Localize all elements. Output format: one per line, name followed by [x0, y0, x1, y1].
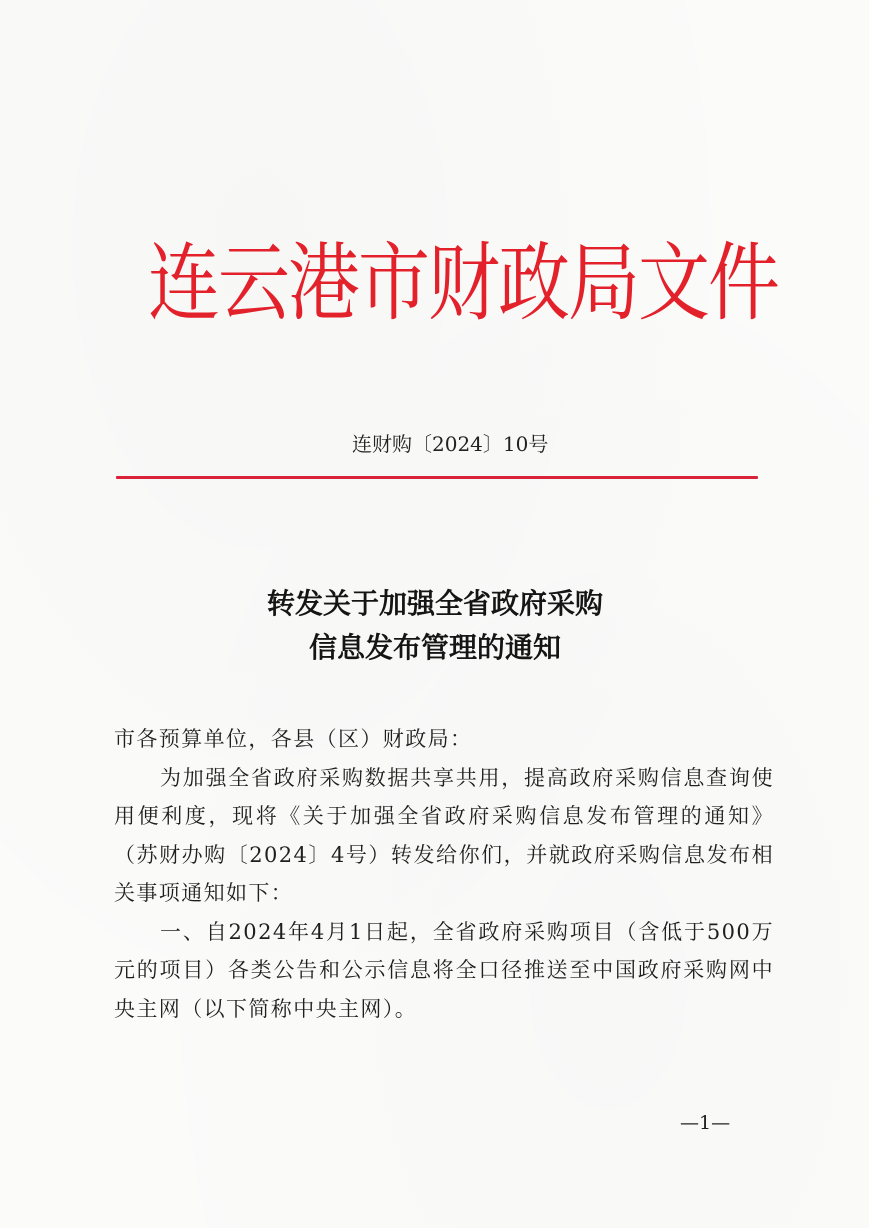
masthead-char: 文: [638, 241, 708, 326]
body-paragraph-1: 为加强全省政府采购数据共享共用，提高政府采购信息查询使用便利度，现将《关于加强全…: [114, 759, 774, 913]
masthead-char: 局: [568, 241, 638, 326]
page-number: —1—: [680, 1112, 730, 1134]
body-paragraph-2: 一、自2024年4月1日起，全省政府采购项目（含低于500万元的项目）各类公告和…: [114, 913, 774, 1029]
document-number: 连财购〔2024〕10号: [352, 428, 548, 457]
title-line-2: 信息发布管理的通知: [200, 626, 670, 670]
title-line-1: 转发关于加强全省政府采购: [200, 582, 670, 626]
masthead-char: 云: [218, 241, 288, 326]
salutation: 市各预算单位，各县（区）财政局：: [114, 720, 774, 759]
document-masthead: 连 云 港 市 财 政 局 文 件: [148, 218, 748, 348]
masthead-char: 件: [708, 241, 778, 326]
masthead-char: 市: [358, 241, 428, 326]
document-title: 转发关于加强全省政府采购 信息发布管理的通知: [200, 582, 670, 670]
masthead-char: 财: [428, 241, 498, 326]
masthead-char: 连: [148, 241, 218, 326]
masthead-char: 政: [498, 241, 568, 326]
red-divider-line: [116, 476, 758, 479]
document-body: 市各预算单位，各县（区）财政局： 为加强全省政府采购数据共享共用，提高政府采购信…: [114, 720, 774, 1028]
masthead-char: 港: [288, 241, 358, 326]
